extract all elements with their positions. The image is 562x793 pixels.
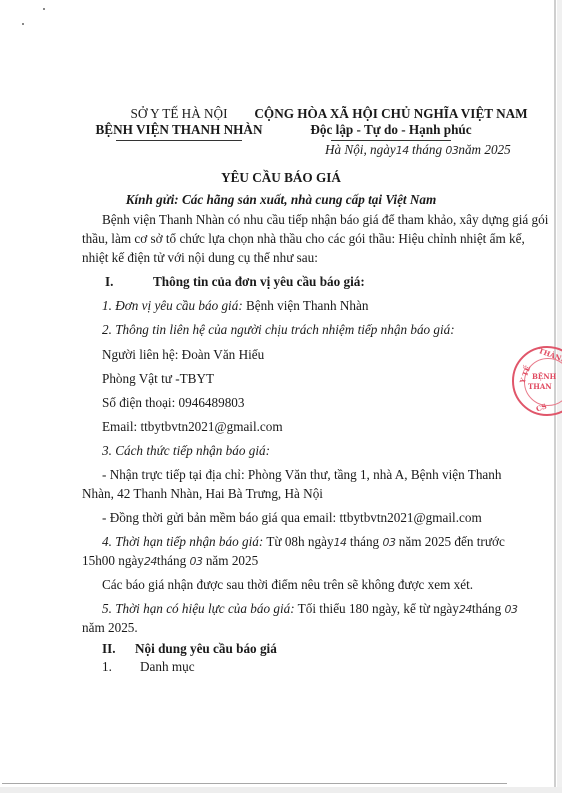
date-year: năm 2025 xyxy=(458,142,510,157)
item-label: Danh mục xyxy=(140,659,195,674)
item-contact-heading: 2. Thông tin liên hệ của người chịu trác… xyxy=(102,322,455,338)
deadline-text: năm 2025 xyxy=(203,553,259,568)
field-label: 1. Đơn vị yêu cầu báo giá: xyxy=(102,298,243,313)
section-1-heading: I.Thông tin của đơn vị yêu cầu báo giá: xyxy=(105,274,365,290)
national-motto: Độc lập - Tự do - Hạnh phúc xyxy=(246,122,536,138)
deadline-text: năm 2025 đến trước xyxy=(395,534,504,549)
agency-header: SỞ Y TẾ HÀ NỘI BỆNH VIỆN THANH NHÀN xyxy=(94,106,264,141)
contact-person: Người liên hệ: Đoàn Văn Hiếu xyxy=(102,347,264,363)
handwritten-day: 14 xyxy=(334,536,347,549)
handwritten-month: 03 xyxy=(505,603,518,616)
item-receipt-method-heading: 3. Cách thức tiếp nhận báo giá: xyxy=(102,443,270,459)
intro-line: thầu, làm cơ sở tổ chức lựa chọn nhà thầ… xyxy=(82,231,525,247)
section-2-heading: II.Nội dung yêu cầu báo giá xyxy=(102,641,277,657)
stamp-center-line1: BỆNH xyxy=(532,372,556,381)
section-title: Thông tin của đơn vị yêu cầu báo giá: xyxy=(153,274,365,289)
item-deadline: 4. Thời hạn tiếp nhận báo giá: Từ 08h ng… xyxy=(102,534,505,550)
scan-speck xyxy=(43,8,45,10)
scan-speck xyxy=(22,23,24,25)
page-shadow-bottom xyxy=(0,787,562,793)
section-title: Nội dung yêu cầu báo giá xyxy=(135,641,277,656)
date-month-label: tháng xyxy=(412,142,442,157)
intro-line: nhiệt kế điện tử với nội dung cụ thể như… xyxy=(82,250,318,266)
contact-email: Email: ttbytbvtn2021@gmail.com xyxy=(102,419,283,435)
handwritten-month: 03 xyxy=(190,555,203,568)
validity-text: Tối thiểu 180 ngày, kể từ ngày xyxy=(295,601,459,616)
item-requesting-unit: 1. Đơn vị yêu cầu báo giá: Bệnh viện Tha… xyxy=(102,298,368,314)
receipt-method-line: - Nhận trực tiếp tại địa chỉ: Phòng Văn … xyxy=(102,467,501,483)
motto-underline xyxy=(331,140,451,141)
item-validity: 5. Thời hạn có hiệu lực của báo giá: Tối… xyxy=(102,601,518,617)
date-prefix: Hà Nội, ngày xyxy=(325,142,396,157)
salutation: Kính gửi: Các hãng sản xuất, nhà cung cấ… xyxy=(0,192,562,208)
document-date: Hà Nội, ngày14 tháng 03năm 2025 xyxy=(325,142,511,158)
item-validity-cont: năm 2025. xyxy=(82,620,138,636)
receipt-method-line: - Đồng thời gửi bản mềm báo giá qua emai… xyxy=(102,510,482,526)
field-label: 5. Thời hạn có hiệu lực của báo giá: xyxy=(102,601,295,616)
field-value: Bệnh viện Thanh Nhàn xyxy=(243,298,369,313)
document-title: YÊU CẦU BÁO GIÁ xyxy=(0,170,562,186)
section-number: II. xyxy=(102,641,135,657)
agency-underline xyxy=(116,140,242,141)
section-2-item: 1.Danh mục xyxy=(102,659,195,675)
national-header: CỘNG HÒA XÃ HỘI CHỦ NGHĨA VIỆT NAM Độc l… xyxy=(246,106,536,141)
handwritten-month: 03 xyxy=(445,144,458,157)
item-deadline-cont: 15h00 ngày24tháng 03 năm 2025 xyxy=(82,553,258,569)
national-title: CỘNG HÒA XÃ HỘI CHỦ NGHĨA VIỆT NAM xyxy=(246,106,536,122)
handwritten-day: 14 xyxy=(396,144,409,157)
contact-phone: Số điện thoại: 0946489803 xyxy=(102,395,245,411)
contact-department: Phòng Vật tư -TBYT xyxy=(102,371,214,387)
handwritten-day: 24 xyxy=(459,603,472,616)
stamp-center-line2: THAN xyxy=(528,382,552,391)
page-edge-bottom xyxy=(2,783,507,784)
intro-line: Bệnh viện Thanh Nhàn có nhu cầu tiếp nhậ… xyxy=(102,212,548,228)
deadline-text: tháng xyxy=(347,534,383,549)
late-note: Các báo giá nhận được sau thời điểm nêu … xyxy=(102,577,473,593)
field-label: 4. Thời hạn tiếp nhận báo giá: xyxy=(102,534,263,549)
agency-parent: SỞ Y TẾ HÀ NỘI xyxy=(94,106,264,122)
handwritten-month: 03 xyxy=(382,536,395,549)
deadline-text: 15h00 ngày xyxy=(82,553,144,568)
section-number: I. xyxy=(105,274,153,290)
receipt-method-line: Nhàn, 42 Thanh Nhàn, Hai Bà Trưng, Hà Nộ… xyxy=(82,486,323,502)
handwritten-day: 24 xyxy=(144,555,157,568)
deadline-text: tháng xyxy=(157,553,190,568)
official-stamp: THÀNH Y TẾ BỆNH THAN CS xyxy=(512,346,562,416)
item-number: 1. xyxy=(102,659,140,675)
deadline-text: Từ 08h ngày xyxy=(263,534,333,549)
agency-name: BỆNH VIỆN THANH NHÀN xyxy=(94,122,264,138)
validity-text: tháng xyxy=(472,601,505,616)
